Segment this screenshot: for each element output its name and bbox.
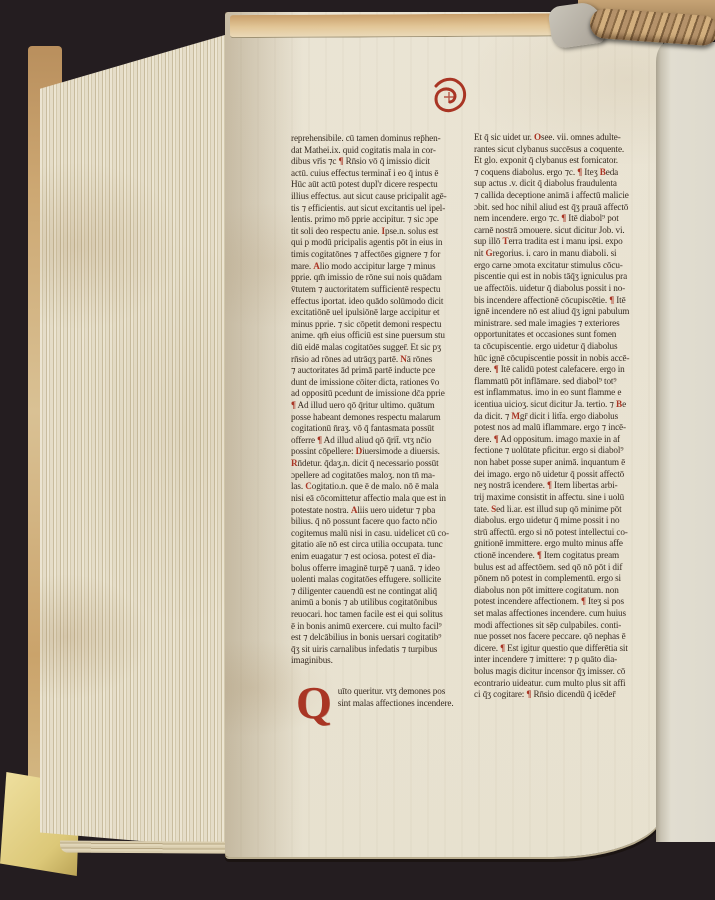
text-line: ɔpellere ad cogitatōes maloʒ. non tn̄ ma… [291,470,472,482]
text-line: Rn̄detur. q̄daʒ.n. dicit q̄ necessario p… [291,458,472,470]
text-line: animū a bonis ⁊ ab utilibus cogitatōnibu… [291,597,472,609]
text-line: non habet posse super animā. inquantum ē [474,457,657,469]
text-line: reprehensibile. cū tamen dominus rep̄hen… [291,133,472,145]
text-line: bulus est ad affectōem. sed qō nō pōt i … [474,562,657,574]
text-line: uīto queritur. vtʒ demones pos [338,686,476,698]
text-line: dunt de imissione cōiter dicta, rationes… [291,377,472,389]
text-line: Hūc aūt actū potest dupl'r dicere respec… [291,179,472,191]
text-line: minus pprie. ⁊ sic cōpetit demoni respec… [291,319,472,331]
text-line: est ⁊ delcābilius in bonis uersari cogit… [291,632,472,644]
drop-cap-initial-q: Q [296,686,332,720]
text-line: potestate nostra. Aliis uero uidetur ⁊ p… [291,505,472,517]
text-line: posse habeant demones respectu malarum [291,412,472,424]
text-column-right: Et q̄ sic uidet ur. Osee. vii. omnes adu… [474,132,657,701]
text-line: bolus magis dicitur incensor q̄ʒ imisser… [474,666,657,678]
text-line: ergo carne ɔmota excitatur stimulus cōcu… [474,260,657,272]
text-line: piscentie qui est in nobis tāq̄ʒ ignicul… [474,271,657,283]
text-line: fectione ⁊ uolūtate pficitur. ergo si di… [474,445,657,457]
text-line: hūc ignē cōcupiscentie possit in nobis a… [474,353,657,365]
text-line: pōnem nō potest in complementū. ergo si [474,573,657,585]
text-line: est inflammatus. imo in eo sunt flamme e [474,387,657,399]
text-line: uolenti malas cogitatōes effugere. solli… [291,574,472,586]
text-line: ē in bonis animū exercere. cui multo fac… [291,621,472,633]
text-line: Et q̄ sic uidet ur. Osee. vii. omnes adu… [474,132,657,144]
text-line: effectus iportat. ideo quādo solūmodo di… [291,296,472,308]
text-line: diabolus. ergo uidetur q̄ mime possit i … [474,515,657,527]
facing-page-edge [656,42,715,842]
text-line: ⁊ auctoritates ād primā partē inducte pc… [291,365,472,377]
text-line: pprie. qm̄ imissio de rōne sui nois quād… [291,272,472,284]
text-line: v̄tutem ⁊ auctoritatem sufficientē respe… [291,284,472,296]
text-line: flammatū pōt inflāmare. sed diabol⁹ tot⁹ [474,376,657,388]
text-column-left: reprehensibile. cū tamen dominus rep̄hen… [291,133,472,667]
text-line: da dicit. ⁊ Mgr̄ dicit i litt̄a. ergo di… [474,411,657,423]
text-line: neʒ nostrā icendere. ¶ Item libertas arb… [474,480,657,492]
text-line: trij maxime consistit in affectu. sine i… [474,492,657,504]
text-line: dicere. ¶ Est igitur questio que differē… [474,643,657,655]
text-line: dere. ¶ Itē calidū potest calefacere. er… [474,364,657,376]
text-line: excitatiōnē uel ipulsiōnē large accipitu… [291,307,472,319]
text-line: dere. ¶ Ad oppositum. imago maxie in af [474,434,657,446]
text-line: qui p modū pricipalis agentis pōt in eiu… [291,237,472,249]
text-line: bilius. q̄ nō possunt facere quo facto n… [291,516,472,528]
text-line: nue posset nos facere peccare. qō nephas… [474,631,657,643]
text-line: modi affectiones sit sēp culpabiles. con… [474,620,657,632]
text-line: reuocari. hoc tamen facile est ei qui so… [291,609,472,621]
text-line: ignē incendere nō est aliud q̄ʒ igni pab… [474,306,657,318]
text-line: enim euagatur ⁊ est ociosa. potest eī di… [291,551,472,563]
text-line: offerre ¶ Ad illud aliud qō q̄rit̄. vtʒ … [291,435,472,447]
text-line: ⁊ callida deceptione animā i affectū mal… [474,190,657,202]
text-line: lentis. primo mō pprie accipitur. ⁊ sic … [291,214,472,226]
text-line: dibus vr̄is ⁊c ¶ Rn̄sio vō q̄ imissio di… [291,156,472,168]
text-line: imaginibus. [291,655,472,667]
text-line: actū. cuius effectus terminat̄ i eo q̄ i… [291,168,472,180]
text-line: tit soli deo respectu anie. Ipse.n. solu… [291,226,472,238]
text-line: rantes sicut clybanus succēsus a coquent… [474,144,657,156]
text-line: dei imago. ergo nō uidetur q̄ possit aff… [474,469,657,481]
text-line: Et glo. exponit q̄ clybanus est fornicat… [474,155,657,167]
text-line: ci q̄ʒ cogitare: ¶ Rn̄sio dicendū q̄ icē… [474,689,657,701]
text-line: ɔbit. sed hoc nihil aliud est q̄ʒ prauā … [474,202,657,214]
text-line: cogitemus malū nisi in casu. uidelicet c… [291,528,472,540]
text-line: timis cogitatōnes ⁊ affectōes gignere ⁊ … [291,249,472,261]
text-line: rn̄sio ad rōnes ad utrāqʒ partē. Nā rōne… [291,354,472,366]
text-line: mare. Alio modo accipitur large ⁊ minus [291,261,472,273]
text-line: potest nos ad malū iflammare. ergo ⁊ inc… [474,422,657,434]
text-line: strū affectū. ergo si nō potest intellec… [474,527,657,539]
text-line: dat Mathei.ix. quid cogitatis mala in co… [291,145,472,157]
question-paragraph: Q uīto queritur. vtʒ demones pos sint ma… [296,686,476,720]
text-line: cogitationū n̄raʒ. vō q̄ fantasmata poss… [291,423,472,435]
text-line: ctionē incendere. ¶ Item cogitatus pream [474,550,657,562]
text-line: ⁊ coquens diabolus. ergo ⁊c. ¶ Iteʒ Beda [474,167,657,179]
text-line: diū eidē malas cogitatōes sugger̄. Et si… [291,342,472,354]
text-line: diabolus non pōt imittere cogitatum. non [474,585,657,597]
text-line: ¶ Ad illud uero qō q̄ritur ultimo. quātu… [291,400,472,412]
text-line: ta cōcupiscentie. ergo uidetur q̄ diabol… [474,341,657,353]
text-line: sup illō Terra tradita est i manu ipsi. … [474,236,657,248]
text-line: sint malas affectiones incendere. [338,698,476,710]
book-photograph: reprehensibile. cū tamen dominus rep̄hen… [0,0,715,900]
text-line: anime. qm̄ eius officiū est sine puersum… [291,330,472,342]
text-line: possint cōpellere: Diuersimode a diuersi… [291,446,472,458]
text-line: gnitionē immittere. ergo multo minus aff… [474,538,657,550]
text-line: illius effectus. aut sicut cause pricipa… [291,191,472,203]
text-line: nit Gregorius. i. caro in manu diaboli. … [474,248,657,260]
text-line: sup actus .v. dicit q̄ diabolus fraudule… [474,178,657,190]
text-line: econtrario uideatur. cum multo plus sit … [474,678,657,690]
text-line: potest incendere affectionem. ¶ Iteʒ si … [474,596,657,608]
text-line: q̄ʒ sit uiris carnalibus infedatis ⁊ tur… [291,644,472,656]
text-line: tate. Sed li.ar. est illud sup qō minime… [474,504,657,516]
text-line: nem incendere. ergo ⁊c. ¶ Itē diabol⁹ po… [474,213,657,225]
quire-signature-d-ornament [428,76,474,116]
text-line: nisi eā cōcomittetur affectio mala que e… [291,493,472,505]
text-line: las. Cogitatio.n. que ē de malo. nō ē ma… [291,481,472,493]
text-line: tis ⁊ efficientis. aut sicut excitantis … [291,203,472,215]
text-line: inter incendere ⁊ imittere: ⁊ p quāto di… [474,654,657,666]
text-line: ministrare. sed male imagies ⁊ exteriore… [474,318,657,330]
text-line: opportunitates et occasiones sunt fomen [474,329,657,341]
text-line: ue affectōis. uidetur q̄ diabolus possit… [474,283,657,295]
text-line: bolus offerre imaginē turpē ⁊ uanā. ⁊ id… [291,563,472,575]
text-line: ad oppositū pcedunt de imissione dc̄a pp… [291,388,472,400]
text-line: gitatio aīe nō est circa utilia occupata… [291,539,472,551]
text-line: bis incendere affectionē cōcupiscētie. ¶… [474,295,657,307]
text-line: icentiua uicioʒ. sicut dicitur Ja. terti… [474,399,657,411]
text-line: carnē nostrā ɔmouere. sicut dicitur Job.… [474,225,657,237]
text-line: set malas affectiones incendere. cum hui… [474,608,657,620]
text-line: ⁊ diligenter cauendū est ne contingat al… [291,586,472,598]
